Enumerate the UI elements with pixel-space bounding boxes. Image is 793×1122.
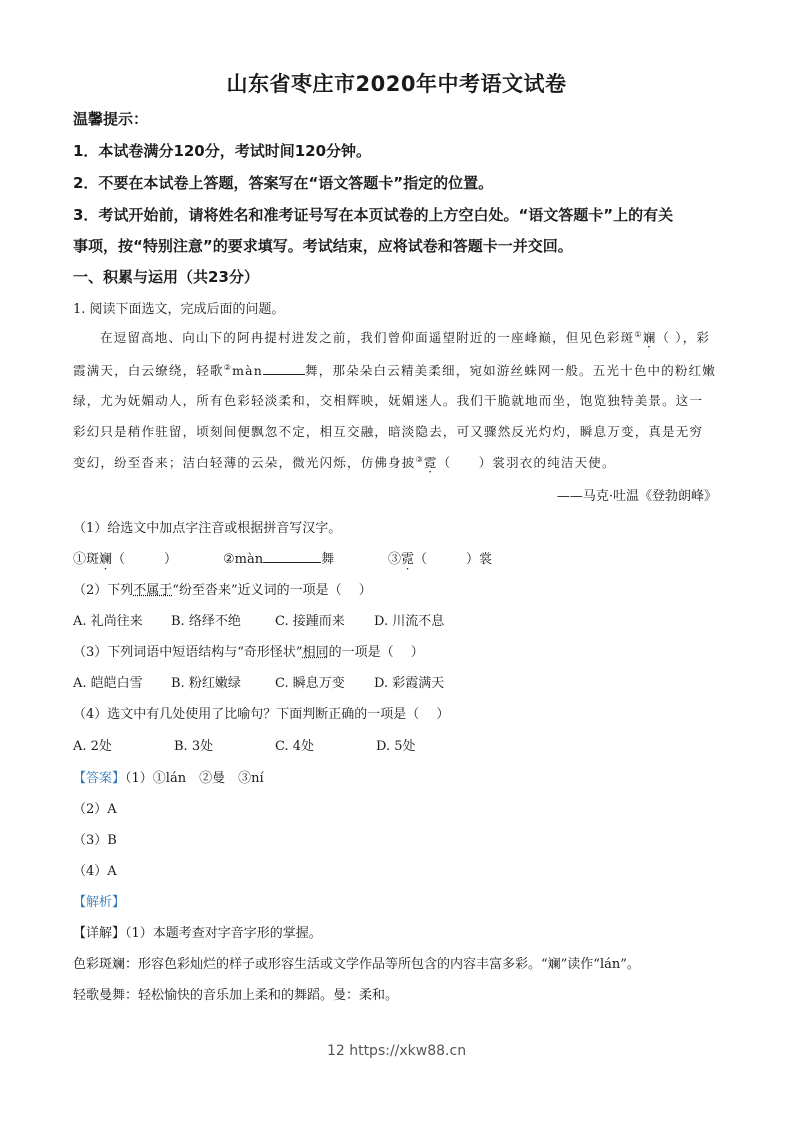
option-d: D. 彩霞满天 bbox=[374, 672, 444, 691]
analysis-paragraph-2: 轻歌曼舞：轻松愉快的音乐加上柔和的舞蹈。曼：柔和。 bbox=[73, 984, 398, 1003]
dotted-char: 霓 bbox=[424, 455, 438, 470]
tips-heading: 温馨提示： bbox=[73, 108, 148, 129]
dotted-char: 霓 bbox=[401, 552, 414, 567]
footnote-marker-1: ① bbox=[634, 330, 642, 339]
option-b: B. 络绎不绝 bbox=[171, 610, 275, 629]
question-1-prompt: 1. 阅读下面选文，完成后面的问题。 bbox=[73, 298, 285, 317]
option-d: D. 5处 bbox=[376, 735, 416, 754]
sub-question-2-prompt: （2）下列不属于“纷至沓来”近义词的一项是（ ） bbox=[73, 579, 372, 598]
dotted-char: 斓 bbox=[99, 552, 112, 567]
fill-blank bbox=[263, 548, 321, 563]
answer-line-2: （2）A bbox=[73, 798, 117, 817]
emphasized-text: 不属于 bbox=[133, 583, 172, 598]
option-a: A. 皑皑白雪 bbox=[73, 672, 171, 691]
item-text: ①斑 bbox=[73, 552, 99, 567]
section-heading: 一、积累与运用（共23分） bbox=[73, 266, 259, 287]
passage-source: ——马克·吐温《登勃朗峰》 bbox=[557, 485, 717, 504]
sub-question-3-prompt: （3）下列词语中短语结构与“奇形怪状”相同的一项是（ ） bbox=[73, 641, 424, 660]
emphasized-text: 相同 bbox=[303, 645, 329, 660]
analysis-detail: 【详解】（1）本题考查对字音字形的掌握。 bbox=[73, 922, 322, 941]
passage-line-4: 彩幻只是稍作驻留，顷刻间便飘忽不定，相互交融，暗淡隐去，可又骤然反光灼灼，瞬息万… bbox=[73, 422, 703, 440]
option-c: C. 接踵而来 bbox=[275, 610, 374, 629]
answer-text: （1）①lán ②曼 ③ní bbox=[125, 771, 264, 786]
item-2: ②màn舞 bbox=[223, 548, 388, 567]
prompt-text: “纷至沓来”近义词的一项是（ ） bbox=[172, 583, 371, 598]
answer-paren: （ ）裳 bbox=[414, 552, 492, 567]
sub-question-2-options: A. 礼尚往来B. 络绎不绝C. 接踵而来D. 川流不息 bbox=[73, 610, 444, 629]
passage-line-2: 霞满天，白云缭绕，轻歌②màn舞，那朵朵白云精美柔细，宛如游丝蛛网一般。五光十色… bbox=[73, 360, 716, 379]
option-b: B. 粉红嫩绿 bbox=[171, 672, 275, 691]
sub-question-4-options: A. 2处B. 3处C. 4处D. 5处 bbox=[73, 735, 416, 754]
passage-text: 霞满天，白云缭绕，轻歌 bbox=[73, 363, 224, 378]
option-a: A. 礼尚往来 bbox=[73, 610, 171, 629]
fill-blank bbox=[263, 360, 305, 375]
prompt-text: （2）下列 bbox=[73, 583, 133, 598]
option-c: C. 4处 bbox=[275, 735, 376, 754]
item-3: ③霓（ ）裳 bbox=[388, 548, 492, 567]
item-1: ①斑斓（ ） bbox=[73, 548, 223, 567]
answer-line-1: 【答案】（1）①lán ②曼 ③ní bbox=[73, 767, 264, 786]
page-title: 山东省枣庄市2020年中考语文试卷 bbox=[0, 68, 793, 98]
answer-line-4: （4）A bbox=[73, 860, 117, 879]
analysis-label: 【解析】 bbox=[73, 891, 125, 910]
analysis-paragraph-1: 色彩斑斓：形容色彩灿烂的样子或形容生活或文学作品等所包含的内容丰富多彩。“斓”读… bbox=[73, 953, 640, 972]
passage-line-5: 变幻，纷至沓来；洁白轻薄的云朵，微光闪烁，仿佛身披③霓（ ）裳羽衣的纯洁天使。 bbox=[73, 453, 616, 471]
footnote-marker-2: ② bbox=[224, 363, 232, 372]
passage-text: （ ），彩 bbox=[656, 330, 710, 345]
passage-line-1: 在逗留高地、向山下的阿冉提村进发之前，我们曾仰面遥望附近的一座峰巅，但见色彩斑①… bbox=[100, 328, 710, 346]
answer-paren: （ ） bbox=[112, 552, 177, 567]
passage-text: 舞，那朵朵白云精美柔细，宛如游丝蛛网一般。五光十色中的粉红嫩 bbox=[305, 363, 716, 378]
sub-question-3-options: A. 皑皑白雪B. 粉红嫩绿C. 瞬息万变D. 彩霞满天 bbox=[73, 672, 444, 691]
option-a: A. 2处 bbox=[73, 735, 174, 754]
sub-question-1-prompt: （1）给选文中加点字注音或根据拼音写汉字。 bbox=[73, 517, 341, 536]
tip-item-3-cont: 事项，按“特别注意”的要求填写。考试结束，应将试卷和答题卡一并交回。 bbox=[73, 235, 573, 256]
page-footer: 12 https://xkw88.cn bbox=[0, 1043, 793, 1059]
tip-item-2: 2．不要在本试卷上答题，答案写在“语文答题卡”指定的位置。 bbox=[73, 172, 493, 193]
pinyin: màn bbox=[232, 363, 263, 378]
prompt-text: （3）下列词语中短语结构与“奇形怪状” bbox=[73, 645, 303, 660]
item-text: ③ bbox=[388, 552, 401, 567]
answer-line-3: （3）B bbox=[73, 829, 117, 848]
option-b: B. 3处 bbox=[174, 735, 275, 754]
option-d: D. 川流不息 bbox=[374, 610, 444, 629]
tip-item-1: 1．本试卷满分120分，考试时间120分钟。 bbox=[73, 140, 371, 161]
passage-text: （ ）裳羽衣的纯洁天使。 bbox=[438, 455, 616, 470]
passage-line-3: 绿，尤为妩媚动人，所有色彩轻淡柔和，交相辉映，妩媚迷人。我们干脆就地而坐，饱览独… bbox=[73, 391, 703, 409]
option-c: C. 瞬息万变 bbox=[275, 672, 374, 691]
sub-question-4-prompt: （4）选文中有几处使用了比喻句？下面判断正确的一项是（ ） bbox=[73, 703, 449, 722]
sub-question-1-items: ①斑斓（ ）②màn舞③霓（ ）裳 bbox=[73, 548, 492, 567]
prompt-text: 的一项是（ ） bbox=[329, 645, 424, 660]
tip-item-3: 3．考试开始前，请将姓名和准考证号写在本页试卷的上方空白处。“语文答题卡”上的有… bbox=[73, 204, 673, 225]
footnote-marker-3: ③ bbox=[416, 455, 424, 464]
passage-text: 在逗留高地、向山下的阿冉提村进发之前，我们曾仰面遥望附近的一座峰巅，但见色彩斑 bbox=[100, 330, 634, 345]
answer-label: 【答案】 bbox=[73, 771, 125, 786]
dotted-char: 斓 bbox=[643, 330, 657, 345]
item-text: ②màn bbox=[223, 552, 263, 567]
passage-text: 变幻，纷至沓来；洁白轻薄的云朵，微光闪烁，仿佛身披 bbox=[73, 455, 416, 470]
item-text: 舞 bbox=[321, 552, 334, 567]
exam-page: 山东省枣庄市2020年中考语文试卷 温馨提示： 1．本试卷满分120分，考试时间… bbox=[0, 0, 793, 1122]
